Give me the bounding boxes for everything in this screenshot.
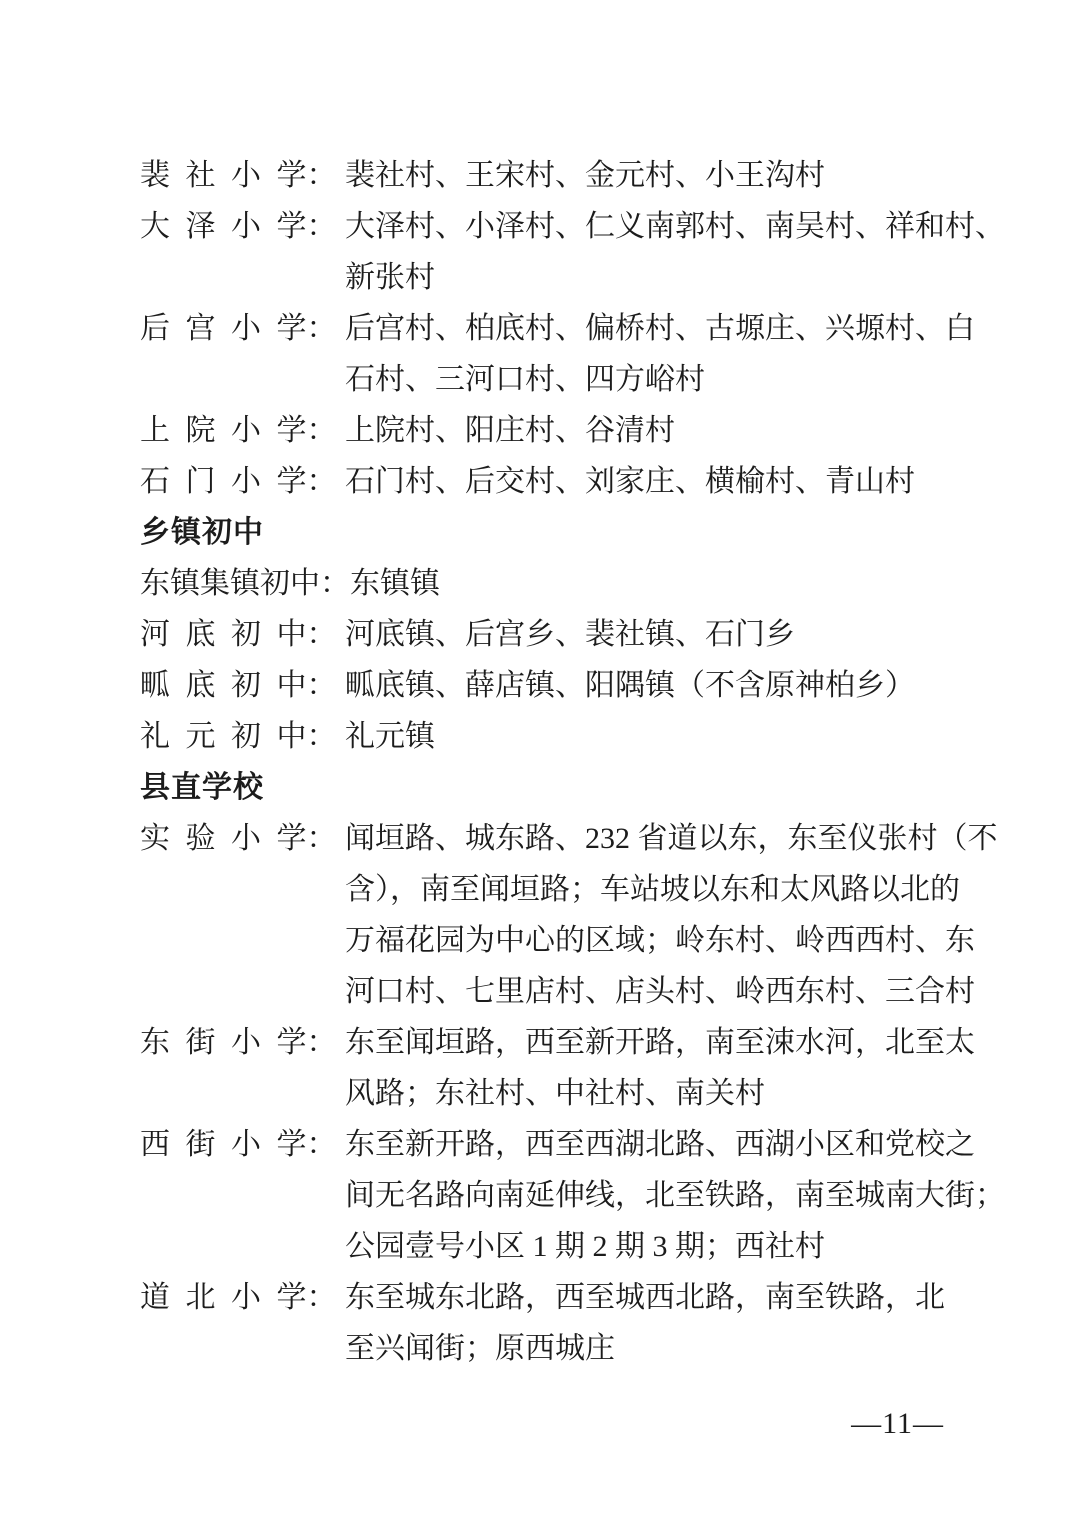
- school-entry: 道 北 小 学：东至城东北路，西至城西北路，南至铁路，北 至兴闻街；原西城庄: [140, 1272, 955, 1374]
- school-entry: 裴 社 小 学：裴社村、王宋村、金元村、小王沟村: [140, 150, 955, 201]
- school-entry: 西 街 小 学：东至新开路，西至西湖北路、西湖小区和党校之 间无名路向南延伸线，…: [140, 1119, 955, 1272]
- section-header: 县直学校: [140, 762, 955, 813]
- section-header: 乡镇初中: [140, 507, 955, 558]
- school-zone-text: 石门村、后交村、刘家庄、横榆村、青山村: [345, 456, 915, 507]
- school-name: 道 北 小 学：: [140, 1272, 345, 1323]
- school-name: 畖 底 初 中：: [140, 660, 345, 711]
- school-entry: 东镇集镇初中：东镇镇: [140, 558, 955, 609]
- page-number: —11—: [851, 1404, 944, 1444]
- school-zone-text: 河底镇、后宫乡、裴社镇、石门乡: [345, 609, 795, 660]
- school-name: 大 泽 小 学：: [140, 201, 345, 252]
- school-zone-text: 畖底镇、薛店镇、阳隅镇（不含原神柏乡）: [345, 660, 915, 711]
- document-body: 裴 社 小 学：裴社村、王宋村、金元村、小王沟村大 泽 小 学：大泽村、小泽村、…: [140, 150, 955, 1374]
- school-zone-text: 后宫村、柏底村、偏桥村、古塬庄、兴塬村、白 石村、三河口村、四方峪村: [345, 303, 975, 405]
- school-entry: 上 院 小 学：上院村、阳庄村、谷清村: [140, 405, 955, 456]
- school-entry: 石 门 小 学：石门村、后交村、刘家庄、横榆村、青山村: [140, 456, 955, 507]
- school-name: 礼 元 初 中：: [140, 711, 345, 762]
- school-zone-text: 闻垣路、城东路、232 省道以东，东至仪张村（不 含），南至闻垣路；车站坡以东和…: [345, 813, 998, 1017]
- school-zone-text: 裴社村、王宋村、金元村、小王沟村: [345, 150, 825, 201]
- school-entry: 大 泽 小 学：大泽村、小泽村、仁义南郭村、南吴村、祥和村、 新张村: [140, 201, 955, 303]
- school-name: 河 底 初 中：: [140, 609, 345, 660]
- school-entry: 畖 底 初 中：畖底镇、薛店镇、阳隅镇（不含原神柏乡）: [140, 660, 955, 711]
- school-name: 裴 社 小 学：: [140, 150, 345, 201]
- school-name: 实 验 小 学：: [140, 813, 345, 864]
- school-name: 东镇集镇初中：: [140, 558, 350, 609]
- school-zone-text: 上院村、阳庄村、谷清村: [345, 405, 675, 456]
- school-name: 石 门 小 学：: [140, 456, 345, 507]
- document-page: 裴 社 小 学：裴社村、王宋村、金元村、小王沟村大 泽 小 学：大泽村、小泽村、…: [0, 0, 1080, 1527]
- school-name: 东 街 小 学：: [140, 1017, 345, 1068]
- school-entry: 后 宫 小 学：后宫村、柏底村、偏桥村、古塬庄、兴塬村、白 石村、三河口村、四方…: [140, 303, 955, 405]
- school-zone-text: 东镇镇: [350, 558, 440, 609]
- school-entry: 实 验 小 学：闻垣路、城东路、232 省道以东，东至仪张村（不 含），南至闻垣…: [140, 813, 955, 1017]
- school-zone-text: 东至新开路，西至西湖北路、西湖小区和党校之 间无名路向南延伸线，北至铁路，南至城…: [345, 1119, 1005, 1272]
- school-entry: 礼 元 初 中：礼元镇: [140, 711, 955, 762]
- school-name: 西 街 小 学：: [140, 1119, 345, 1170]
- school-name: 后 宫 小 学：: [140, 303, 345, 354]
- school-name: 上 院 小 学：: [140, 405, 345, 456]
- school-zone-text: 东至闻垣路，西至新开路，南至涑水河，北至太 风路；东社村、中社村、南关村: [345, 1017, 975, 1119]
- school-zone-text: 大泽村、小泽村、仁义南郭村、南吴村、祥和村、 新张村: [345, 201, 1005, 303]
- school-zone-text: 东至城东北路，西至城西北路，南至铁路，北 至兴闻街；原西城庄: [345, 1272, 945, 1374]
- school-entry: 河 底 初 中：河底镇、后宫乡、裴社镇、石门乡: [140, 609, 955, 660]
- school-entry: 东 街 小 学：东至闻垣路，西至新开路，南至涑水河，北至太 风路；东社村、中社村…: [140, 1017, 955, 1119]
- school-zone-text: 礼元镇: [345, 711, 435, 762]
